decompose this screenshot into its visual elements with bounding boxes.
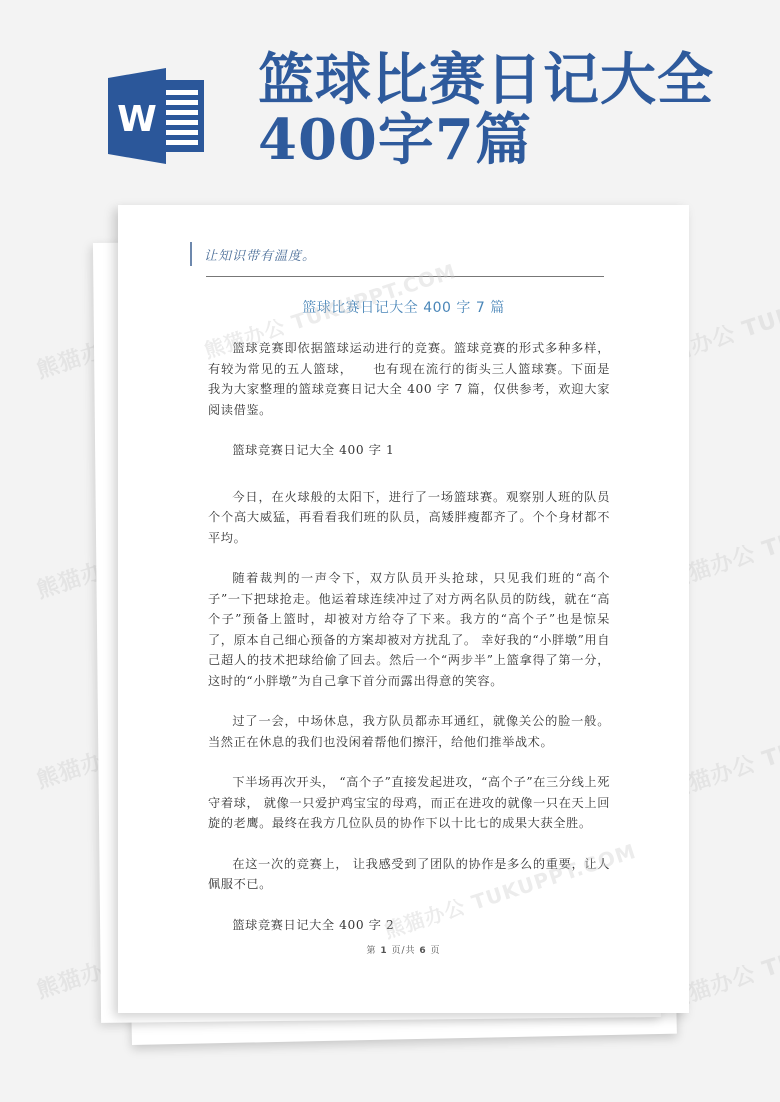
banner-title-line-1: 篮球比赛日记大全 [258, 50, 714, 110]
banner-title: 篮球比赛日记大全 400字7篇 [258, 50, 714, 170]
paragraph-intro: 篮球竞赛即依据篮球运动进行的竞赛。篮球竞赛的形式多种多样，有较为常见的五人篮球，… [208, 338, 610, 420]
svg-text:W: W [117, 99, 157, 140]
page-number: 第 1 页/共 6 页 [118, 943, 689, 956]
paragraph: 过了一会，中场休息，我方队员都赤耳通红，就像关公的脸一般。当然正在休息的我们也没… [208, 711, 610, 752]
current-page-number: 1 [380, 946, 387, 956]
word-icon: W [108, 68, 208, 164]
total-pages-number: 6 [419, 946, 426, 956]
section-heading-1: 篮球竞赛日记大全 400 字 1 [208, 440, 610, 461]
paragraph: 下半场再次开头， “高个子”直接发起进攻，“高个子”在三分线上死守着球， 就像一… [208, 772, 610, 834]
document-page: 让知识带有温度。 篮球比赛日记大全 400 字 7 篇 篮球竞赛即依据篮球运动进… [118, 205, 689, 1013]
header-slogan: 让知识带有温度。 [204, 245, 316, 264]
document-body: 篮球竞赛即依据篮球运动进行的竞赛。篮球竞赛的形式多种多样，有较为常见的五人篮球，… [208, 338, 610, 961]
header-divider [206, 276, 604, 277]
paragraph: 随着裁判的一声令下，双方队员开头抢球，只见我们班的“高个子”一下把球抢走。他运着… [208, 568, 610, 691]
document-title: 篮球比赛日记大全 400 字 7 篇 [118, 297, 689, 317]
banner-title-line-2: 400字7篇 [258, 110, 714, 170]
paragraph: 今日，在火球般的太阳下，进行了一场篮球赛。观察别人班的队员个个高大威猛，再看看我… [208, 487, 610, 549]
paragraph: 在这一次的竞赛上， 让我感受到了团队的协作是多么的重要，让人佩服不已。 [208, 854, 610, 895]
section-heading-2: 篮球竞赛日记大全 400 字 2 [208, 915, 610, 936]
header-accent-bar [190, 242, 192, 266]
page-header: 让知识带有温度。 [190, 241, 316, 267]
